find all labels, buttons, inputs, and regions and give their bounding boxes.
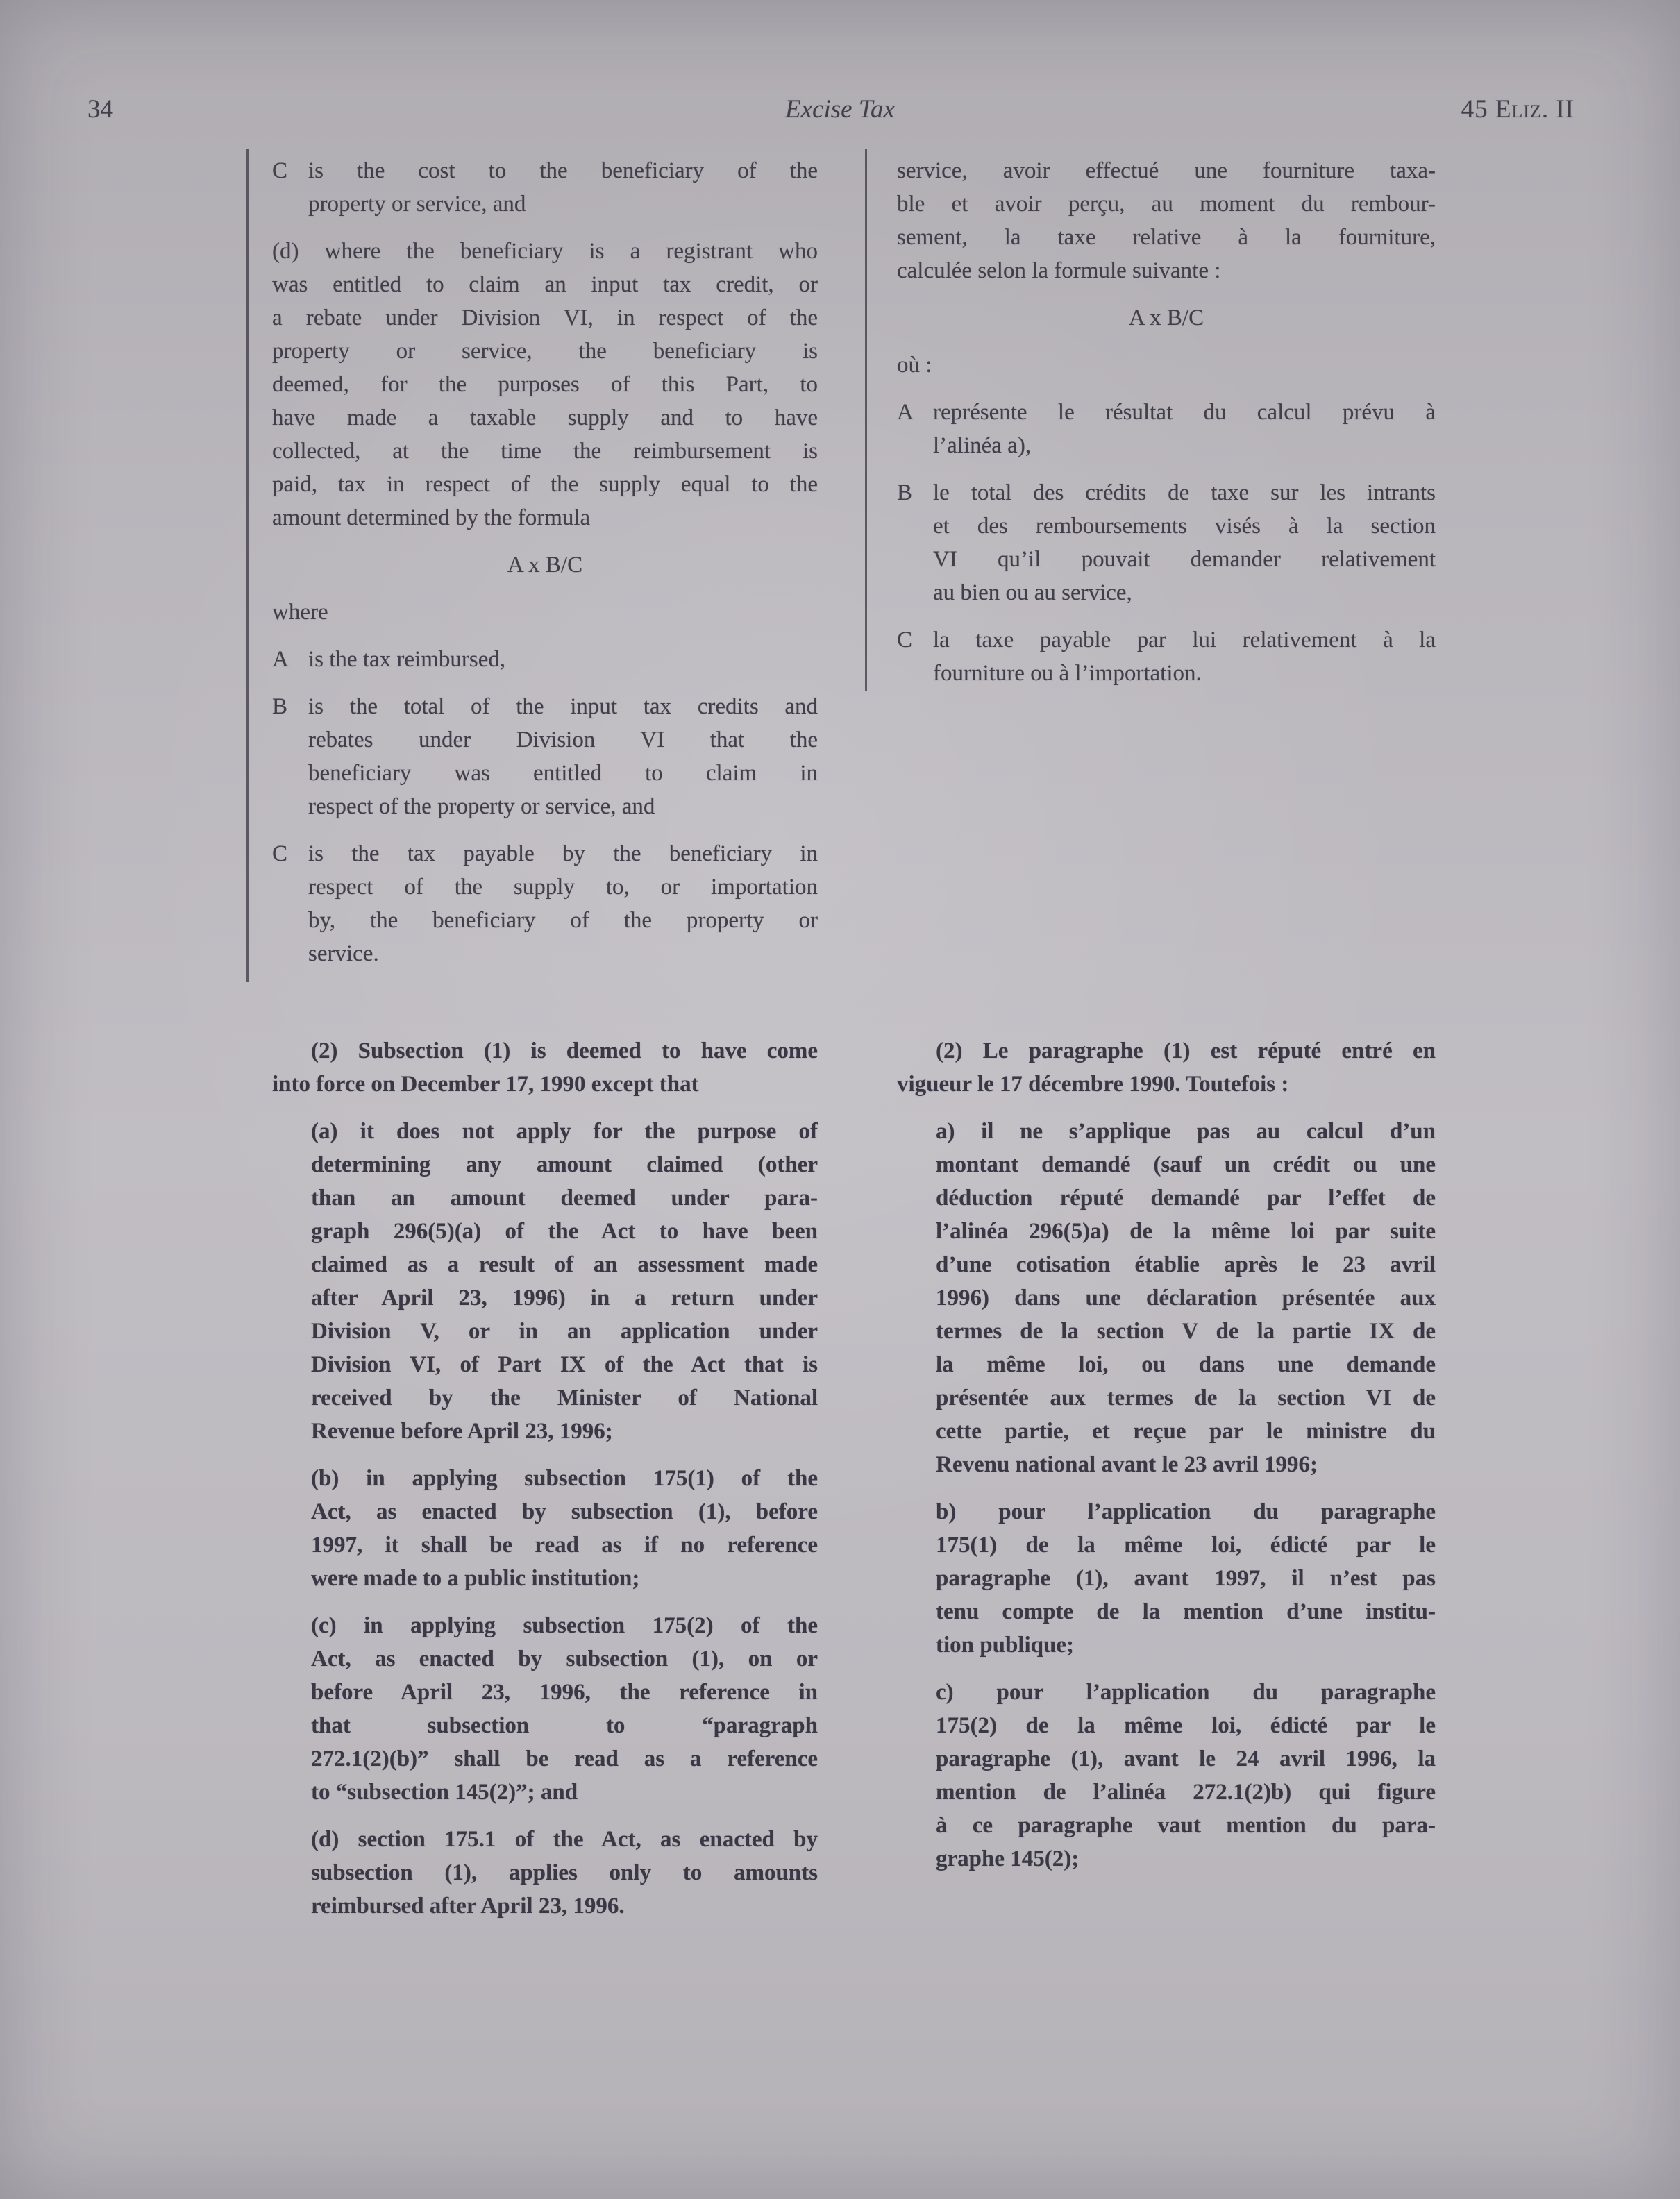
text-line: où :	[897, 348, 1436, 382]
text-line: Areprésente le résultat du calcul prévu …	[897, 396, 1436, 429]
text-line: by, the beneficiary of the property or	[308, 904, 818, 937]
english-column: Cis the cost to the beneficiary of thepr…	[272, 154, 818, 1923]
text-line: paragraphe (1), avant 1997, il n’est pas…	[936, 1562, 1436, 1595]
formula-element-label: A	[272, 643, 308, 676]
text-line: cette partie, et reçue par le ministre d…	[936, 1415, 1436, 1448]
text-line: a rebate under Division VI, in respect o…	[272, 301, 818, 335]
text-line: (c) in applying subsection 175(2) of the	[311, 1609, 818, 1642]
text-line: 175(1) de la même loi, édicté par le	[936, 1528, 1436, 1562]
text-line: présentée aux termes de la section VI de…	[936, 1381, 1436, 1415]
text-line: Ble total des crédits de taxe sur les in…	[897, 476, 1436, 509]
text-line: 1997, it shall be read as if no referenc…	[311, 1528, 818, 1562]
text-line: à ce paragraphe vaut mention du para-	[936, 1809, 1436, 1842]
text-line: termes de la section V de la partie IX d…	[936, 1315, 1436, 1348]
text-line: au bien ou au service,	[933, 576, 1436, 609]
text-line: Cis the cost to the beneficiary of the	[272, 154, 818, 187]
text-line: Bis the total of the input tax credits a…	[272, 690, 818, 723]
french-column: service, avoir effectué une fourniture t…	[897, 154, 1436, 1876]
text-line: (b) in applying subsection 175(1) of the…	[311, 1462, 818, 1495]
text-line: fourniture ou à l’importation.	[933, 657, 1436, 690]
text-line: (2) Le paragraphe (1) est réputé entré e…	[897, 1034, 1436, 1068]
text-line: Cla taxe payable par lui relativement à …	[897, 623, 1436, 657]
text-line: VI qu’il pouvait demander relativement	[933, 543, 1436, 576]
text-line: d’une cotisation établie après le 23 avr…	[936, 1248, 1436, 1281]
text-line: Cis the tax payable by the beneficiary i…	[272, 837, 818, 870]
text-line: déduction réputé demandé par l’effet de	[936, 1181, 1436, 1215]
text-line: paragraphe (1), avant le 24 avril 1996, …	[936, 1742, 1436, 1776]
text-line: Ais the tax reimbursed,	[272, 643, 818, 676]
text-line: Act, as enacted by subsection (1), on or…	[311, 1642, 818, 1676]
formula-element-label: A	[897, 396, 933, 429]
text-line: c) pour l’application du paragraphe	[936, 1676, 1436, 1709]
text-line: b) pour l’application du paragraphe	[936, 1495, 1436, 1528]
text-line: a) il ne s’applique pas au calcul d’un	[936, 1115, 1436, 1148]
text-line: property or service, and	[308, 187, 818, 221]
text-line: that subsection to “paragraph	[311, 1709, 818, 1742]
text-line: ble et avoir perçu, au moment du rembour…	[897, 187, 1436, 221]
text-line: tion publique;	[936, 1628, 1436, 1662]
formula-element-label: C	[272, 154, 308, 187]
text-line: 1996) dans une déclaration présentée aux	[936, 1281, 1436, 1315]
text-line: rebates under Division VI that the	[308, 723, 818, 757]
text-line: vigueur le 17 décembre 1990. Toutefois :	[897, 1068, 1436, 1101]
text-line: la même loi, ou dans une demande	[936, 1348, 1436, 1381]
text-line: was entitled to claim an input tax credi…	[272, 268, 818, 301]
change-bar-french	[865, 149, 867, 691]
change-bar-english	[246, 149, 249, 982]
text-line: after April 23, 1996) in a return under3…	[311, 1281, 818, 1315]
english-subsection-2: (2) Subsection (1) is deemed to have com…	[272, 1034, 818, 1923]
formula-element-label: C	[897, 623, 933, 657]
text-line: into force on December 17, 1990 except t…	[272, 1068, 818, 1101]
text-line: mention de l’alinéa 272.1(2)b) qui figur…	[936, 1776, 1436, 1809]
text-line: l’alinéa 296(5)a) de la même loi par sui…	[936, 1215, 1436, 1248]
french-subsection-1-tail: service, avoir effectué une fourniture t…	[897, 154, 1436, 690]
running-title: Excise Tax	[0, 94, 1680, 124]
text-line: beneficiary was entitled to claim in	[308, 757, 818, 790]
text-line: 272.1(2)(b)” shall be read as a referenc…	[311, 1742, 818, 1776]
text-line: (d) section 175.1 of the Act, as enacted…	[311, 1823, 818, 1856]
text-line: respect of the property or service, and	[308, 790, 818, 823]
text-line: have made a taxable supply and to have	[272, 401, 818, 435]
formula-element-label: C	[272, 837, 308, 870]
text-line: determining any amount claimed (other	[311, 1148, 818, 1181]
scanned-page: { "page": { "number": "34", "running_tit…	[0, 0, 1680, 2199]
text-line: (d) where the beneficiary is a registran…	[272, 235, 818, 268]
text-line: graphe 145(2);	[936, 1842, 1436, 1876]
text-line: reimbursed after April 23, 1996.	[311, 1889, 818, 1923]
text-line: Revenu national avant le 23 avril 1996;	[936, 1448, 1436, 1481]
text-line: than an amount deemed under para-	[311, 1181, 818, 1215]
text-line: before April 23, 1996, the reference in	[311, 1676, 818, 1709]
formula-element-label: B	[897, 476, 933, 509]
formula-element-label: B	[272, 690, 308, 723]
text-line: et des remboursements visés à la section…	[933, 509, 1436, 543]
text-line: (2) Subsection (1) is deemed to have com…	[272, 1034, 818, 1068]
text-line: service, avoir effectué une fourniture t…	[897, 154, 1436, 187]
text-line: received by the Minister of National	[311, 1381, 818, 1415]
text-line: where	[272, 596, 818, 629]
text-line: 175(2) de la même loi, édicté par le	[936, 1709, 1436, 1742]
text-line: calculée selon la formule suivante :	[897, 254, 1436, 287]
text-line: l’alinéa a),	[933, 429, 1436, 462]
text-line: were made to a public institution;	[311, 1562, 818, 1595]
text-line: Act, as enacted by subsection (1), befor…	[311, 1495, 818, 1528]
english-subsection-1-tail: Cis the cost to the beneficiary of thepr…	[272, 154, 818, 970]
text-line: tenu compte de la mention d’une institu-	[936, 1595, 1436, 1628]
text-line: collected, at the time the reimbursement…	[272, 435, 818, 468]
text-line: (a) it does not apply for the purpose of…	[311, 1115, 818, 1148]
text-line: subsection (1), applies only to amounts	[311, 1856, 818, 1889]
text-line: Division VI, of Part IX of the Act that …	[311, 1348, 818, 1381]
french-subsection-2: (2) Le paragraphe (1) est réputé entré e…	[897, 1034, 1436, 1876]
text-line: A x B/C	[272, 548, 818, 582]
text-line: deemed, for the purposes of this Part, t…	[272, 368, 818, 401]
citation: 45 Eliz. II	[1461, 94, 1574, 124]
text-line: amount determined by the formula	[272, 501, 818, 534]
text-line: A x B/C5	[897, 301, 1436, 335]
text-line: sement, la taxe relative à la fourniture…	[897, 221, 1436, 254]
text-line: service.	[308, 937, 818, 970]
text-line: property or service, the beneficiary is	[272, 335, 818, 368]
text-line: Revenue before April 23, 1996;	[311, 1415, 818, 1448]
text-line: montant demandé (sauf un crédit ou une	[936, 1148, 1436, 1181]
text-line: to “subsection 145(2)”; and	[311, 1776, 818, 1809]
text-line: Division V, or in an application under	[311, 1315, 818, 1348]
text-line: paid, tax in respect of the supply equal…	[272, 468, 818, 501]
text-line: graph 296(5)(a) of the Act to have been	[311, 1215, 818, 1248]
text-line: claimed as a result of an assessment mad…	[311, 1248, 818, 1281]
text-line: respect of the supply to, or importation…	[308, 870, 818, 904]
